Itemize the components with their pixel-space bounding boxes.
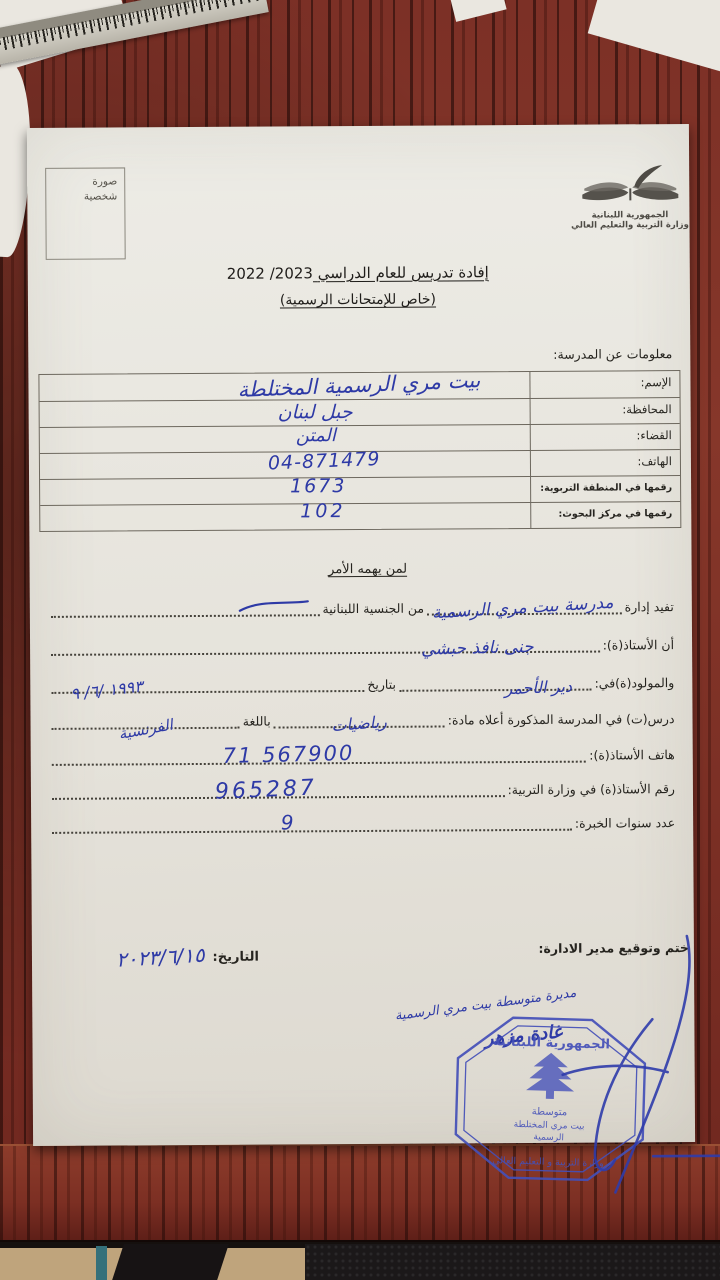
letter-line-3: والمولود(ة)في: دير الأحمر بتاريخ ١٩٩٣ /٦… <box>48 674 674 694</box>
letter-line-5: هاتف الأستاذ(ة): 71 567900 <box>49 746 675 766</box>
row-value-district-number: 1673 <box>40 477 530 505</box>
handwritten-subject: رياضيات <box>273 708 445 740</box>
handwritten-check-stroke <box>237 595 309 613</box>
table-row: الإسم: بيت مري الرسمية المختلطة <box>39 371 679 401</box>
document-paper: صورة شخصية الجمهورية اللبنانية وزارة الت… <box>27 124 695 1146</box>
letter-line-1: تفيد إدارة مدرسة بيت مري الرسمية من الجن… <box>48 598 674 618</box>
stamp-center-line1: متوسطة <box>532 1106 568 1118</box>
stamp-center-line2: بيت مري المختلطة <box>514 1120 585 1132</box>
official-octagon-stamp: الجمهورية اللبنانية متوسطة بيت مري المخت… <box>450 1012 650 1186</box>
dotted-line: دير الأحمر <box>399 675 592 692</box>
stamp-ring-top-text: الجمهورية اللبنانية <box>493 1034 611 1052</box>
row-label-phone: الهاتف: <box>530 450 680 476</box>
line5-label: هاتف الأستاذ(ة): <box>589 747 675 763</box>
handwritten-governorate: جبل لبنان <box>278 401 353 423</box>
table-row: رقمها في المنطقة التربوية: 1673 <box>40 475 680 505</box>
personal-photo-box: صورة شخصية <box>45 167 126 259</box>
teal-object <box>96 1246 107 1280</box>
ministry-logo: الجمهورية اللبنانية وزارة التربية والتعل… <box>547 164 712 231</box>
row-value-phone: 04-871479 <box>40 451 530 479</box>
letter-line-6: رقم الأستاذ(ة) في وزارة التربية: 965287 <box>49 780 675 800</box>
handwritten-district: المتن <box>296 425 336 446</box>
handwritten-date: ٢٠٢٣/٦/١٥ <box>115 943 205 972</box>
chair-back <box>305 1244 720 1280</box>
date-line: التاريخ: ٢٠٢٣/٦/١٥ <box>44 945 259 970</box>
handwritten-district-number: 1673 <box>290 475 346 497</box>
line1-prefix: تفيد إدارة <box>625 599 674 614</box>
stamp-ring-bottom-text: وزارة التربية و التعليم العالي <box>492 1155 604 1169</box>
desk-photo-scene: صورة شخصية الجمهورية اللبنانية وزارة الت… <box>0 0 720 1280</box>
dotted-line: مدرسة بيت مري الرسمية <box>427 598 622 615</box>
letter-line-7: عدد سنوات الخبرة: 9 <box>49 814 675 834</box>
handwritten-research-number: 102 <box>300 500 345 522</box>
stamp-center-line3: الرسمية <box>533 1132 564 1143</box>
line1-suffix: من الجنسية اللبنانية <box>322 601 424 617</box>
row-label-district: القضاء: <box>530 424 680 450</box>
handwritten-birthplace: دير الأحمر <box>504 677 572 699</box>
dotted-line: رياضيات <box>274 711 445 728</box>
handwritten-school-name: بيت مري الرسمية المختلطة <box>237 368 481 402</box>
line7-label: عدد سنوات الخبرة: <box>575 815 675 831</box>
stamp-caption: ختم وتوقيع مدير الادارة: <box>538 940 688 956</box>
dotted-line <box>51 600 320 618</box>
line4-label: درس(ت) في المدرسة المذكورة أعلاه مادة: <box>448 711 675 727</box>
row-value-research-number: 102 <box>40 503 530 531</box>
handwritten-teacher-phone: 71 567900 <box>222 741 354 768</box>
chair-leg <box>112 1244 229 1280</box>
photo-box-label-line2: شخصية <box>46 190 117 206</box>
dotted-line: 71 567900 <box>52 747 587 766</box>
letter-line-2: أن الأستاذ(ة): جنى نافذ حبشي <box>48 636 674 656</box>
dotted-line: جنى نافذ حبشي <box>51 637 600 656</box>
handwritten-language: الفرنسية <box>51 704 239 756</box>
dotted-line: 9 <box>52 815 572 834</box>
cedar-tree-icon <box>526 1052 575 1099</box>
handwritten-teacher-name: جنى نافذ حبشي <box>421 637 534 660</box>
document-title-block: إفادة تدريس للعام الدراسي 2022 /2023 (خا… <box>108 262 608 309</box>
handwritten-ministry-number: 965287 <box>214 776 317 805</box>
photo-box-label-line1: صورة <box>46 174 117 190</box>
school-info-table: الإسم: بيت مري الرسمية المختلطة المحافظة… <box>38 370 681 532</box>
dotted-line: 965287 <box>52 781 505 800</box>
date-label: التاريخ: <box>212 949 259 964</box>
document-subtitle: (خاص للإمتحانات الرسمية) <box>108 290 608 309</box>
handwritten-experience-years: 9 <box>281 810 294 834</box>
document-title: إفادة تدريس للعام الدراسي 2022 /2023 <box>108 262 608 283</box>
letter-line-4: درس(ت) في المدرسة المذكورة أعلاه مادة: ر… <box>48 710 674 730</box>
logo-ministry-text: وزارة التربية والتعليم العالي <box>547 220 712 231</box>
title-academic-years: 2022 /2023 <box>227 264 313 283</box>
line4-mid-label: باللغة <box>243 714 271 729</box>
table-row: رقمها في مركز البحوث: 102 <box>40 501 680 531</box>
row-label-governorate: المحافظة: <box>530 398 680 424</box>
handwritten-birthdate: ١٩٩٣ /٦/ ٩ <box>69 677 143 704</box>
row-value-governorate: جبل لبنان <box>40 399 530 427</box>
handwritten-phone: 04-871479 <box>268 448 381 475</box>
line2-label: أن الأستاذ(ة): <box>603 637 674 652</box>
line6-label: رقم الأستاذ(ة) في وزارة التربية: <box>508 781 675 797</box>
table-row: المحافظة: جبل لبنان <box>40 397 680 427</box>
row-label-district-number: رقمها في المنطقة التربوية: <box>530 476 680 502</box>
handwritten-school: مدرسة بيت مري الرسمية <box>432 593 615 624</box>
row-value-name: بيت مري الرسمية المختلطة <box>39 372 529 401</box>
dotted-line: الفرنسية <box>51 713 239 730</box>
school-info-heading: معلومات عن المدرسة: <box>553 346 672 362</box>
dotted-line: ١٩٩٣ /٦/ ٩ <box>51 676 364 694</box>
row-label-research-number: رقمها في مركز البحوث: <box>530 502 680 528</box>
letter-heading: لمن يهمه الأمر <box>268 561 468 577</box>
row-label-name: الإسم: <box>529 371 679 398</box>
line3-label: والمولود(ة)في: <box>595 675 675 690</box>
title-text: إفادة تدريس للعام الدراسي <box>318 263 489 282</box>
open-book-icon <box>574 164 686 211</box>
line3-mid-label: بتاريخ <box>367 677 396 692</box>
row-value-district: المتن <box>40 425 530 453</box>
table-row: الهاتف: 04-871479 <box>40 449 680 479</box>
